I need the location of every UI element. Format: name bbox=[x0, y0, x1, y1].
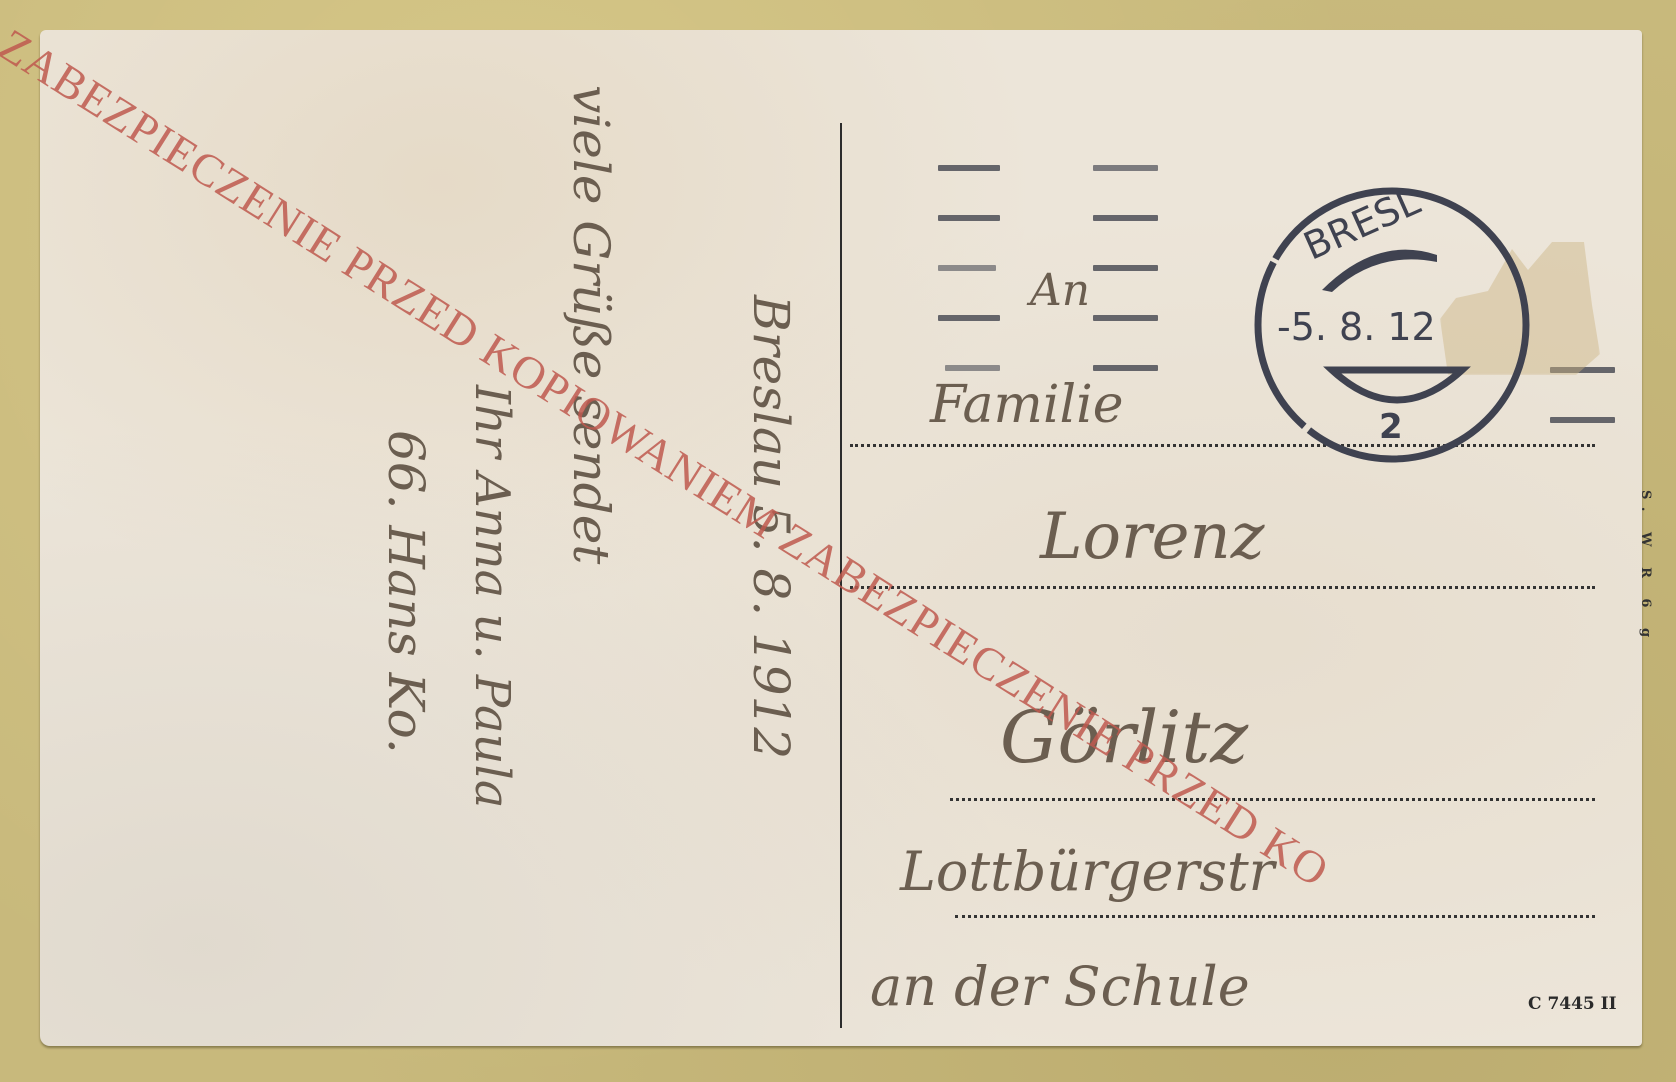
printer-mark: S. W R 6 g bbox=[1638, 490, 1653, 645]
address-line-text: an der Schule bbox=[870, 955, 1250, 1018]
cancel-bar bbox=[938, 265, 996, 271]
message-line-text: 66. Hans Ko. bbox=[377, 430, 435, 754]
cancel-bar bbox=[938, 165, 1000, 171]
cancel-bar bbox=[1550, 417, 1615, 423]
cancel-bar bbox=[1093, 365, 1158, 371]
cancel-bar bbox=[945, 365, 1000, 371]
message-line-text: Ihr Anna u. Paula bbox=[464, 385, 520, 809]
address-line bbox=[950, 798, 1595, 801]
cancel-bar bbox=[1093, 165, 1158, 171]
cancel-bar bbox=[938, 215, 1000, 221]
postmark-date: -5. 8. 12 bbox=[1277, 305, 1436, 349]
address-line-text: Lottbürgerstr bbox=[900, 840, 1275, 903]
message-line-text: viele Grüße sendet bbox=[562, 85, 620, 564]
cancel-bar bbox=[1093, 315, 1158, 321]
catalog-code: C 7445 II bbox=[1528, 994, 1617, 1014]
address-line-text: Lorenz bbox=[1040, 500, 1264, 574]
address-line-text: An bbox=[1030, 265, 1090, 316]
address-line bbox=[955, 915, 1595, 918]
address-line-text: Familie bbox=[930, 375, 1124, 435]
address-line bbox=[850, 586, 1595, 589]
postmark-office-number: 2 bbox=[1379, 407, 1403, 447]
cancel-bar bbox=[1093, 215, 1158, 221]
postmark-icon: BRESL -5. 8. 12 2 bbox=[1247, 180, 1537, 470]
cancel-bar bbox=[938, 315, 1000, 321]
cancel-bar bbox=[1093, 265, 1158, 271]
